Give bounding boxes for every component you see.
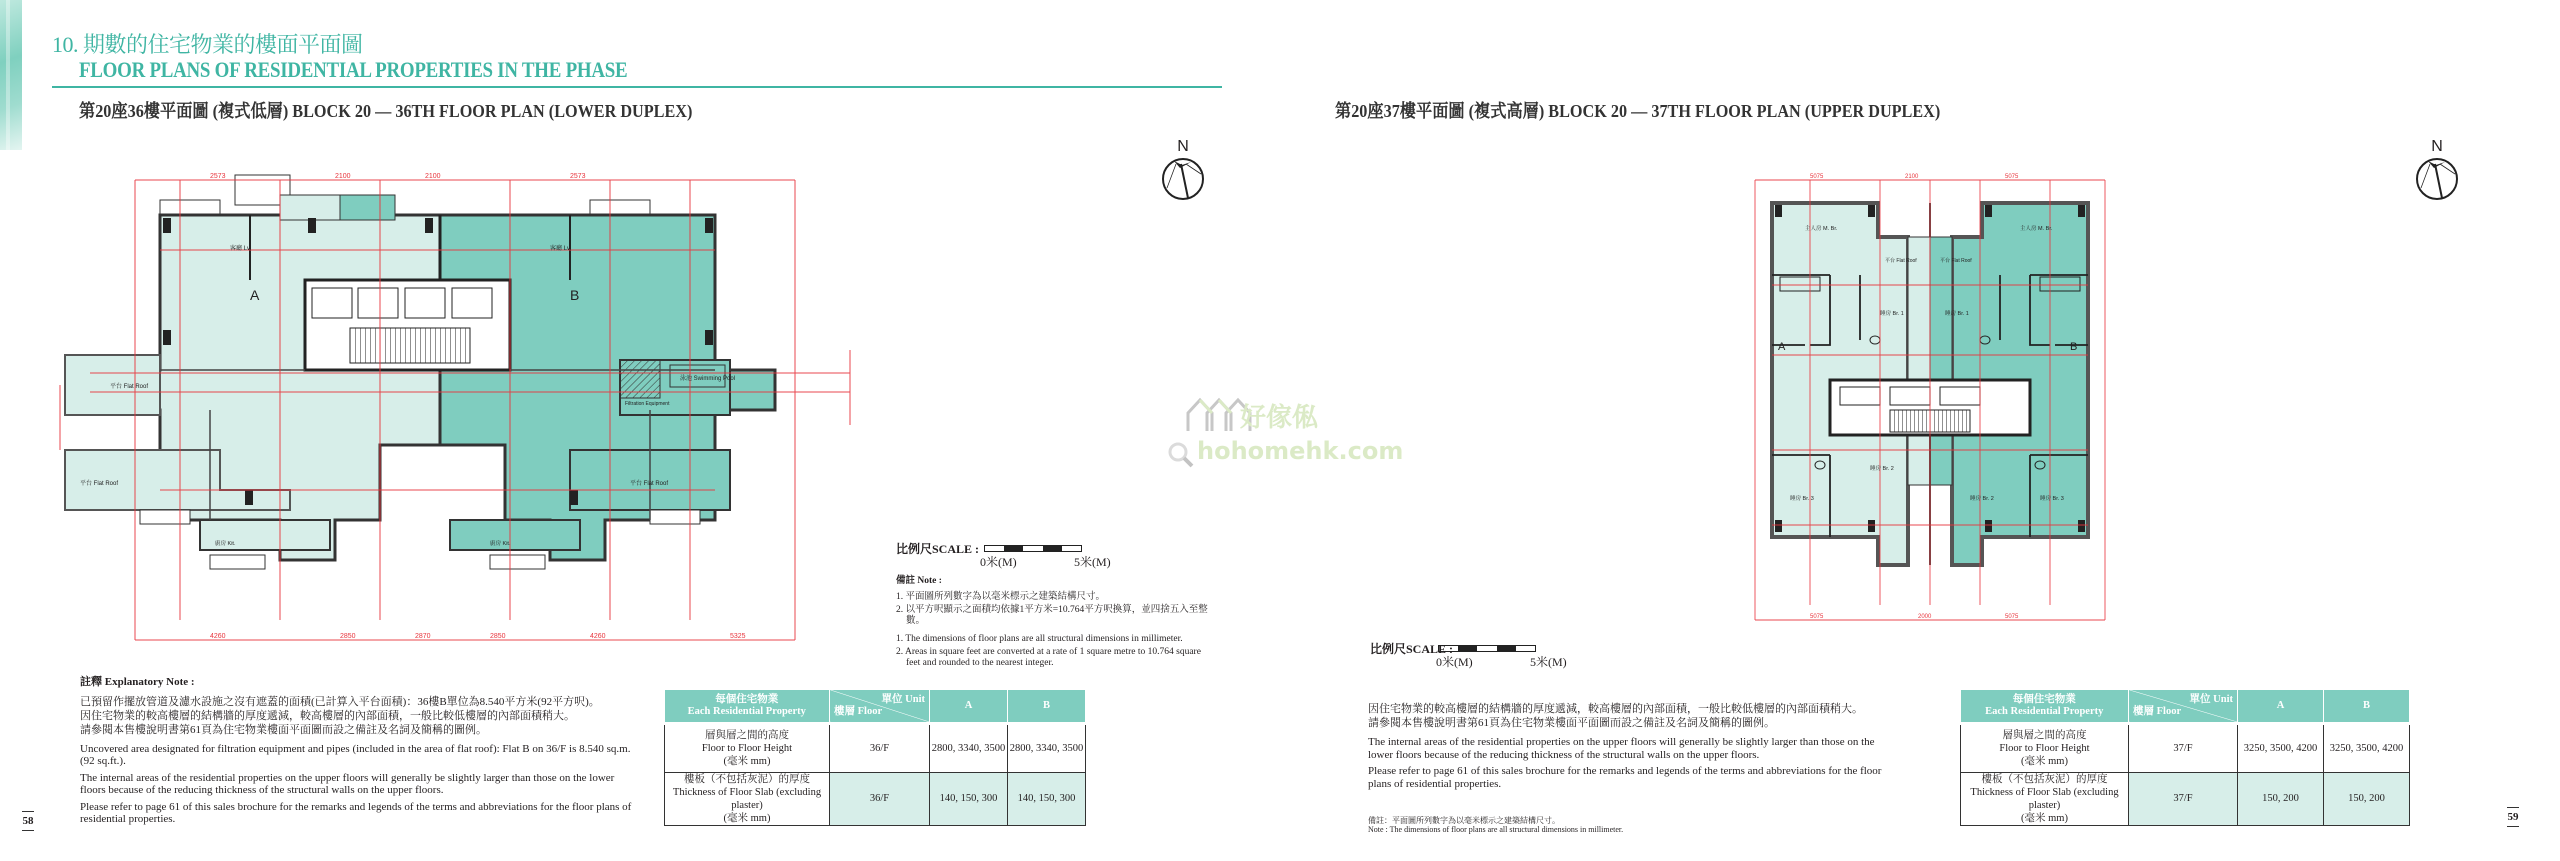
svg-text:2870: 2870	[415, 633, 431, 640]
unit-b-label: B	[570, 287, 579, 303]
row-value-b: 2800, 3340, 3500	[1008, 723, 1086, 772]
scale-label: 比例尺SCALE :	[896, 540, 979, 557]
scale-end: 5米(M)	[1530, 653, 1567, 670]
svg-text:平台 Flat Roof: 平台 Flat Roof	[110, 382, 148, 390]
row-value-b: 3250, 3500, 4200	[2324, 723, 2410, 772]
svg-text:2850: 2850	[340, 633, 356, 640]
row-label: 層與層之間的高度Floor to Floor Height(毫米 mm)	[1961, 723, 2129, 772]
right-footnote: 備註：平面圖所列數字為以毫米標示之建築結構尺寸。 Note : The dime…	[1368, 816, 1623, 834]
table-row: 樓板（不包括灰泥）的厚度Thickness of Floor Slab (exc…	[665, 772, 1086, 825]
svg-text:2573: 2573	[570, 173, 586, 180]
north-label: N	[1158, 138, 1208, 156]
right-explanatory-notes: 因住宅物業的較高樓層的結構牆的厚度遞減，較高樓層的內部面積，一般比較低樓層的內部…	[1368, 702, 1898, 794]
note-zh-2: 2. 以平方呎顯示之面積均依據1平方米=10.764平方呎換算，並四捨五入至整數…	[896, 605, 1216, 627]
svg-text:睡房 Br. 3: 睡房 Br. 3	[2040, 494, 2064, 502]
svg-text:客廳 Lv.: 客廳 Lv.	[230, 244, 252, 252]
expl-zh-2: 因住宅物業的較高樓層的結構牆的厚度遞減，較高樓層的內部面積，一般比較低樓層的內部…	[80, 709, 640, 723]
svg-text:睡房 Br. 3: 睡房 Br. 3	[1790, 494, 1814, 502]
unit-a-label: A	[250, 287, 260, 303]
svg-text:5075: 5075	[2005, 174, 2019, 180]
row-label: 層與層之間的高度Floor to Floor Height(毫米 mm)	[665, 723, 830, 772]
row-value-b: 140, 150, 300	[1008, 772, 1086, 825]
svg-text:5075: 5075	[1810, 614, 1824, 620]
svg-text:5325: 5325	[730, 633, 746, 640]
watermark-brand: 好傢俬	[1240, 397, 1318, 434]
footnote-en: Note : The dimensions of floor plans are…	[1368, 825, 1623, 834]
row-label: 樓板（不包括灰泥）的厚度Thickness of Floor Slab (exc…	[665, 772, 830, 825]
section-title-en: FLOOR PLANS OF RESIDENTIAL PROPERTIES IN…	[79, 58, 627, 82]
explanatory-heading: 註釋 Explanatory Note :	[80, 676, 640, 689]
header-col-b: B	[1008, 690, 1086, 723]
floor-plan-36f-drawing: 2573210021002573 42602850287028504260532…	[50, 160, 880, 660]
section-title-zh: 10. 期數的住宅物業的樓面平面圖	[52, 33, 363, 57]
svg-text:平台 Flat Roof: 平台 Flat Roof	[1940, 257, 1972, 264]
svg-text:主人房 M. Br.: 主人房 M. Br.	[1805, 224, 1838, 232]
left-spec-table: 每個住宅物業Each Residential Property 單位 Unit樓…	[664, 690, 1086, 826]
row-value-a: 140, 150, 300	[930, 772, 1008, 825]
floor-plan-37f-drawing: 507521005075 507520005075 A B 主人房 M. Br.…	[1730, 165, 2130, 645]
svg-text:2100: 2100	[1905, 174, 1919, 180]
svg-text:2100: 2100	[335, 173, 351, 180]
scale-end: 5米(M)	[1074, 553, 1111, 570]
table-header-row: 每個住宅物業Each Residential Property 單位 Unit樓…	[1961, 690, 2410, 723]
table-row: 層與層之間的高度Floor to Floor Height(毫米 mm) 36/…	[665, 723, 1086, 772]
row-value-b: 150, 200	[2324, 772, 2410, 825]
scale-bar-graphic	[1438, 645, 1536, 652]
footnote-zh: 備註：平面圖所列數字為以毫米標示之建築結構尺寸。	[1368, 816, 1623, 825]
svg-text:2000: 2000	[1918, 614, 1932, 620]
svg-text:5075: 5075	[1810, 174, 1824, 180]
svg-text:睡房 Br. 2: 睡房 Br. 2	[1970, 494, 1994, 502]
page-number-right: 59	[2505, 804, 2521, 830]
left-plan-title: 第20座36樓平面圖 (複式低層) BLOCK 20 — 36TH FLOOR …	[79, 97, 692, 123]
scale-bar-graphic	[984, 545, 1082, 552]
header-property: 每個住宅物業Each Residential Property	[665, 690, 830, 723]
row-value-a: 2800, 3340, 3500	[930, 723, 1008, 772]
svg-text:睡房 Br. 1: 睡房 Br. 1	[1945, 309, 1969, 317]
left-floor-plan: 2573210021002573 42602850287028504260532…	[50, 160, 880, 660]
rnote-zh-1: 因住宅物業的較高樓層的結構牆的厚度遞減，較高樓層的內部面積，一般比較低樓層的內部…	[1368, 702, 1898, 716]
svg-text:2100: 2100	[425, 173, 441, 180]
right-spec-table: 每個住宅物業Each Residential Property 單位 Unit樓…	[1960, 690, 2410, 826]
magnifier-icon	[1167, 441, 1195, 469]
svg-text:平台 Flat Roof: 平台 Flat Roof	[1885, 257, 1917, 264]
header-unit-floor: 單位 Unit樓層 Floor	[830, 690, 930, 723]
table-row: 層與層之間的高度Floor to Floor Height(毫米 mm) 37/…	[1961, 723, 2410, 772]
scale-start: 0米(M)	[980, 553, 1017, 570]
compass-icon	[1160, 156, 1206, 202]
right-plan-title: 第20座37樓平面圖 (複式高層) BLOCK 20 — 37TH FLOOR …	[1335, 97, 1940, 123]
rnote-en-2: Please refer to page 61 of this sales br…	[1368, 765, 1898, 790]
page-number-left: 58	[20, 808, 36, 834]
svg-text:廚房 Kit.: 廚房 Kit.	[490, 539, 511, 547]
row-value-a: 3250, 3500, 4200	[2238, 723, 2324, 772]
svg-text:5075: 5075	[2005, 614, 2019, 620]
row-floor: 37/F	[2129, 772, 2238, 825]
header-unit-floor: 單位 Unit樓層 Floor	[2129, 690, 2238, 723]
svg-text:平台 Flat Roof: 平台 Flat Roof	[80, 479, 118, 487]
svg-text:泳池 Swimming Pool: 泳池 Swimming Pool	[680, 374, 735, 382]
watermark-domain: hohomehk.com	[1197, 437, 1403, 465]
unit-b-label: B	[2070, 341, 2077, 353]
svg-text:主人房 M. Br.: 主人房 M. Br.	[2020, 224, 2053, 232]
expl-en-1: Uncovered area designated for filtration…	[80, 743, 640, 768]
header-col-a: A	[930, 690, 1008, 723]
svg-text:2850: 2850	[490, 633, 506, 640]
svg-text:客廳 Lv.: 客廳 Lv.	[550, 244, 572, 252]
north-label: N	[2412, 138, 2462, 156]
row-value-a: 150, 200	[2238, 772, 2324, 825]
svg-text:4260: 4260	[210, 633, 226, 640]
header-property: 每個住宅物業Each Residential Property	[1961, 690, 2129, 723]
rnote-zh-2: 請參閱本售樓說明書第61頁為住宅物業樓面平面圖而設之備註及名詞及簡稱的圖例。	[1368, 716, 1898, 730]
header-col-b: B	[2324, 690, 2410, 723]
explanatory-note: 註釋 Explanatory Note : 已預留作擺放管道及濾水設施之沒有遮蓋…	[80, 676, 640, 830]
section-divider	[52, 86, 1222, 88]
row-floor: 36/F	[830, 723, 930, 772]
scale-start: 0米(M)	[1436, 653, 1473, 670]
svg-text:睡房 Br. 1: 睡房 Br. 1	[1880, 309, 1904, 317]
unit-a-label: A	[1778, 341, 1786, 353]
row-label: 樓板（不包括灰泥）的厚度Thickness of Floor Slab (exc…	[1961, 772, 2129, 825]
table-header-row: 每個住宅物業Each Residential Property 單位 Unit樓…	[665, 690, 1086, 723]
expl-en-2: The internal areas of the residential pr…	[80, 772, 640, 797]
right-north-arrow: N	[2412, 138, 2462, 208]
note-en-1: 1. The dimensions of floor plans are all…	[896, 634, 1216, 645]
compass-icon	[2414, 156, 2460, 202]
svg-text:平台 Flat Roof: 平台 Flat Roof	[630, 479, 668, 487]
svg-text:廚房 Kit.: 廚房 Kit.	[215, 539, 236, 547]
table-row: 樓板（不包括灰泥）的厚度Thickness of Floor Slab (exc…	[1961, 772, 2410, 825]
expl-zh-3: 請參閱本售樓說明書第61頁為住宅物業樓面平面圖而設之備註及名詞及簡稱的圖例。	[80, 723, 640, 737]
row-floor: 36/F	[830, 772, 930, 825]
expl-zh-1: 已預留作擺放管道及濾水設施之沒有遮蓋的面積(已計算入平台面積)：36樓B單位為8…	[80, 695, 640, 709]
svg-text:2573: 2573	[210, 173, 226, 180]
svg-text:睡房 Br. 2: 睡房 Br. 2	[1870, 464, 1894, 472]
svg-text:4260: 4260	[590, 633, 606, 640]
decorative-gradient-strip	[0, 0, 22, 150]
left-north-arrow: N	[1158, 138, 1208, 208]
left-plan-notes: 備註 Note : 1. 平面圖所列數字為以毫米標示之建築結構尺寸。 2. 以平…	[896, 576, 1216, 671]
right-floor-plan: 507521005075 507520005075 A B 主人房 M. Br.…	[1730, 165, 2130, 645]
header-col-a: A	[2238, 690, 2324, 723]
expl-en-3: Please refer to page 61 of this sales br…	[80, 801, 640, 826]
watermark: 好傢俬 hohomehk.com	[1165, 395, 1425, 475]
notes-heading: 備註 Note :	[896, 576, 1216, 587]
row-floor: 37/F	[2129, 723, 2238, 772]
rnote-en-1: The internal areas of the residential pr…	[1368, 736, 1898, 761]
note-en-2: 2. Areas in square feet are converted at…	[896, 647, 1216, 669]
note-zh-1: 1. 平面圖所列數字為以毫米標示之建築結構尺寸。	[896, 592, 1216, 603]
svg-text:Filtration Equipment: Filtration Equipment	[625, 401, 670, 407]
